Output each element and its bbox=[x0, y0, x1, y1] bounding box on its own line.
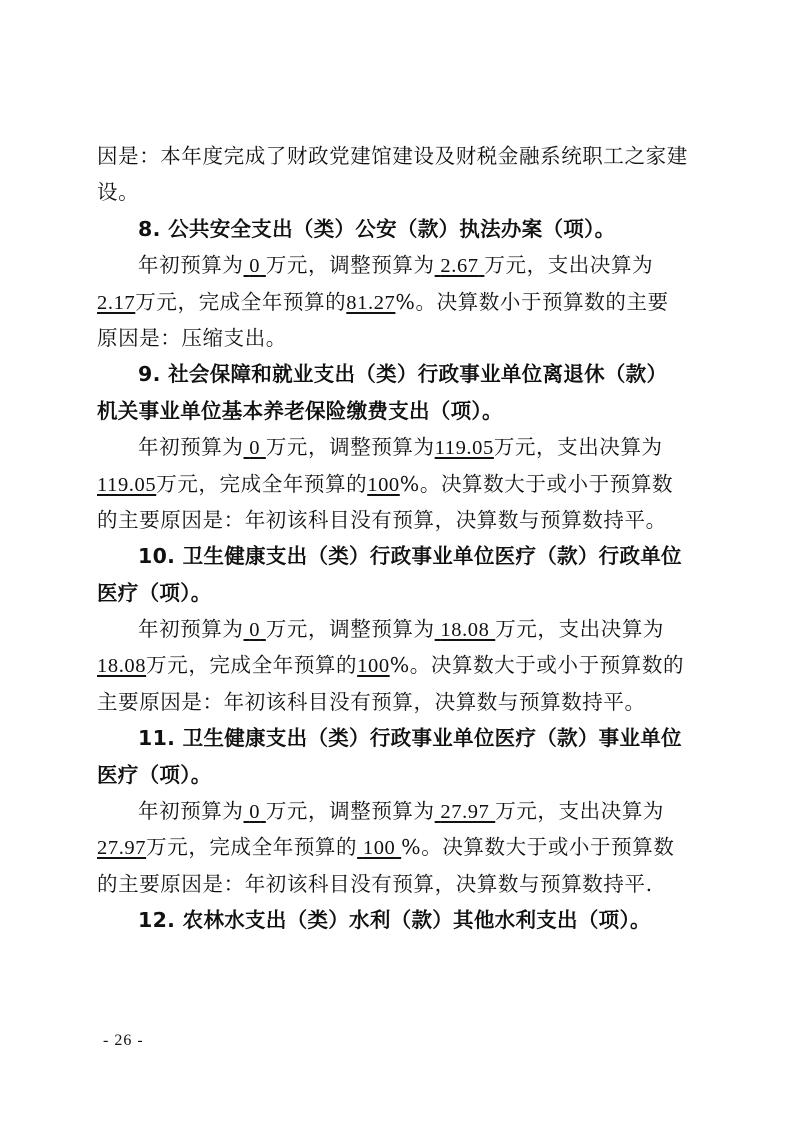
completion-rate-value: 81.27 bbox=[346, 292, 395, 314]
completion-rate-value: 100 bbox=[367, 474, 400, 496]
budget-line: 年初预算为 0 万元，调整预算为 18.08 万元，支出决算为 bbox=[97, 611, 699, 647]
reason-line: 的主要原因是：年初该科目没有预算，决算数与预算数持平. bbox=[97, 866, 699, 902]
reason-line: 主要原因是：年初该科目没有预算，决算数与预算数持平。 bbox=[97, 684, 699, 720]
section-heading-11-cont: 医疗（项）。 bbox=[97, 757, 699, 793]
budget-line: 119.05万元，完成全年预算的100%。决算数大于或小于预算数 bbox=[97, 466, 699, 502]
section-heading-11: 11. 卫生健康支出（类）行政事业单位医疗（款）事业单位 bbox=[97, 720, 699, 756]
section-heading-10: 10. 卫生健康支出（类）行政事业单位医疗（款）行政单位 bbox=[97, 538, 699, 574]
completion-rate-value: 100 bbox=[357, 837, 401, 859]
budget-line: 2.17万元，完成全年预算的81.27%。决算数小于预算数的主要 bbox=[97, 284, 699, 320]
adjusted-budget-value: 2.67 bbox=[435, 255, 485, 277]
initial-budget-value: 0 bbox=[244, 255, 266, 277]
budget-line: 27.97万元，完成全年预算的 100 %。决算数大于或小于预算数 bbox=[97, 829, 699, 865]
final-account-value: 18.08 bbox=[97, 655, 146, 677]
paragraph-line: 设。 bbox=[97, 174, 699, 210]
section-heading-12: 12. 农林水支出（类）水利（款）其他水利支出（项）。 bbox=[97, 902, 699, 938]
section-heading-10-cont: 医疗（项）。 bbox=[97, 575, 699, 611]
budget-line: 年初预算为 0 万元，调整预算为119.05万元，支出决算为 bbox=[97, 429, 699, 465]
budget-line: 年初预算为 0 万元，调整预算为 2.67 万元，支出决算为 bbox=[97, 247, 699, 283]
final-account-value: 27.97 bbox=[97, 837, 146, 859]
document-body: 因是：本年度完成了财政党建馆建设及财税金融系统职工之家建 设。 8. 公共安全支… bbox=[97, 138, 699, 939]
initial-budget-value: 0 bbox=[244, 619, 266, 641]
budget-line: 18.08万元，完成全年预算的100%。决算数大于或小于预算数的 bbox=[97, 647, 699, 683]
adjusted-budget-value: 18.08 bbox=[435, 619, 496, 641]
section-heading-9-cont: 机关事业单位基本养老保险缴费支出（项）。 bbox=[97, 393, 699, 429]
reason-line: 的主要原因是：年初该科目没有预算，决算数与预算数持平。 bbox=[97, 502, 699, 538]
paragraph-line: 因是：本年度完成了财政党建馆建设及财税金融系统职工之家建 bbox=[97, 138, 699, 174]
reason-line: 原因是：压缩支出。 bbox=[97, 320, 699, 356]
budget-line: 年初预算为 0 万元，调整预算为 27.97 万元，支出决算为 bbox=[97, 793, 699, 829]
initial-budget-value: 0 bbox=[244, 801, 266, 823]
adjusted-budget-value: 119.05 bbox=[435, 437, 494, 459]
final-account-value: 2.17 bbox=[97, 292, 135, 314]
section-heading-9: 9. 社会保障和就业支出（类）行政事业单位离退休（款） bbox=[97, 356, 699, 392]
final-account-value: 119.05 bbox=[97, 474, 156, 496]
adjusted-budget-value: 27.97 bbox=[435, 801, 496, 823]
section-heading-8: 8. 公共安全支出（类）公安（款）执法办案（项）。 bbox=[97, 211, 699, 247]
initial-budget-value: 0 bbox=[244, 437, 266, 459]
page-number: - 26 - bbox=[103, 1032, 144, 1050]
completion-rate-value: 100 bbox=[357, 655, 390, 677]
